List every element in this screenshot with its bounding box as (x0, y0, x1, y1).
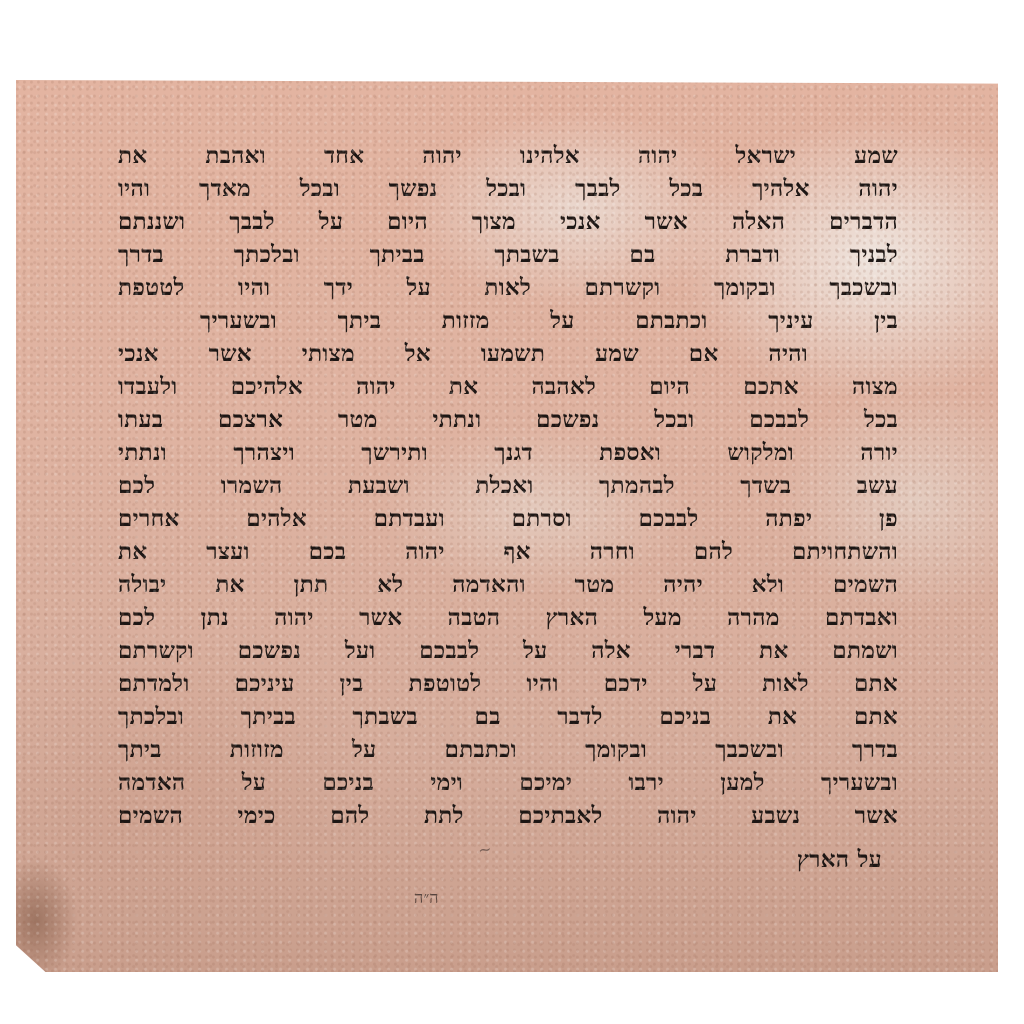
scribe-stamp-mark: ה״ה (414, 888, 438, 908)
scroll-line-3: הדברים האלה אשר אנכי מצוך היום על לבבך ו… (118, 208, 898, 236)
scroll-line-11: עשב בשדך לבהמתך ואכלת ושבעת השמרו לכם (118, 472, 898, 500)
scroll-line-8: מצוה אתכם היום לאהבה את יהוה אלהיכם ולעב… (118, 373, 898, 401)
scroll-line-9: בכל לבבכם ובכל נפשכם ונתתי מטר ארצכם בעת… (118, 406, 898, 434)
scroll-line-2: יהוה אלהיך בכל לבבך ובכל נפשך ובכל מאדך … (118, 175, 898, 203)
scroll-line-13: והשתחויתם להם וחרה אף יהוה בכם ועצר את (118, 538, 898, 566)
scroll-line-6: בין עיניך וכתבתם על מזזות ביתך ובשעריך (200, 307, 898, 335)
scroll-line-1: שמע ישראל יהוה אלהינו יהוה אחד ואהבת את (118, 142, 898, 170)
scroll-line-7: והיה אם שמע תשמעו אל מצותי אשר אנכי (118, 340, 808, 368)
scroll-line-20: ובשעריך למען ירבו ימיכם וימי בניכם על הא… (118, 769, 898, 797)
scroll-line-15: ואבדתם מהרה מעל הארץ הטבה אשר יהוה נתן ל… (118, 604, 898, 632)
mezuzah-parchment: שמע ישראל יהוה אלהינו יהוה אחד ואהבת את … (16, 80, 998, 972)
scroll-line-16: ושמתם את דברי אלה על לבבכם ועל נפשכם וקש… (118, 637, 898, 665)
scroll-line-5: ובשכבך ובקומך וקשרתם לאות על ידך והיו לט… (118, 274, 898, 302)
scroll-line-4: לבניך ודברת בם בשבתך בביתך ובלכתך בדרך (118, 241, 898, 269)
scribe-flourish-mark: ~ (477, 839, 493, 860)
scroll-line-22: על הארץ (716, 846, 882, 874)
scroll-line-17: אתם לאות על ידכם והיו לטוטפת בין עיניכם … (118, 670, 898, 698)
scroll-line-12: פן יפתה לבבכם וסרתם ועבדתם אלהים אחרים (118, 505, 898, 533)
scroll-line-21: אשר נשבע יהוה לאבתיכם לתת להם כימי השמים (118, 802, 898, 830)
scroll-line-19: בדרך ובשכבך ובקומך וכתבתם על מזוזות ביתך (118, 736, 898, 764)
scroll-line-10: יורה ומלקוש ואספת דגנך ותירשך ויצהרך ונת… (118, 439, 898, 467)
scroll-text-block: שמע ישראל יהוה אלהינו יהוה אחד ואהבת את … (16, 80, 998, 972)
scroll-line-14: השמים ולא יהיה מטר והאדמה לא תתן את יבול… (118, 571, 898, 599)
scroll-line-18: אתם את בניכם לדבר בם בשבתך בביתך ובלכתך (118, 703, 898, 731)
